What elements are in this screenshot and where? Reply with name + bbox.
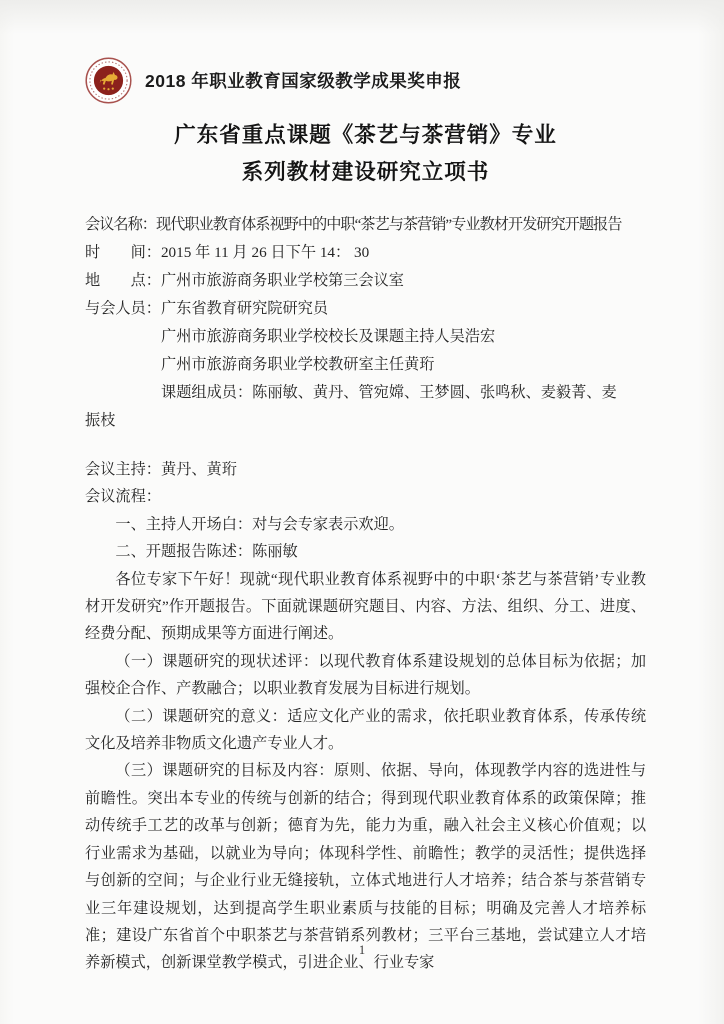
meeting-name-line: 会议名称：现代职业教育体系视野中的中职“茶艺与茶营销”专业教材开发研究开题报告 <box>85 211 646 239</box>
meeting-host-line: 会议主持：黄丹、黄珩 <box>85 456 646 483</box>
project-members-line: 课题组成员：陈丽敏、黄丹、管宛嫦、王梦圆、张鸣秋、麦毅菁、麦 <box>85 379 646 407</box>
document-page: 2018 年职业教育国家级教学成果奖申报 广东省重点课题《茶艺与茶营销》专业 系… <box>0 0 724 1024</box>
document-title-line2: 系列教材建设研究立项书 <box>85 154 646 191</box>
agenda-item-2: 二、开题报告陈述：陈丽敏 <box>85 538 646 565</box>
document-title-line1: 广东省重点课题《茶艺与茶营销》专业 <box>85 117 646 154</box>
attendee-director-line: 广州市旅游商务职业学校教研室主任黄珩 <box>85 351 646 379</box>
document-body: 会议主持：黄丹、黄珩 会议流程： 一、主持人开场白：对与会专家表示欢迎。 二、开… <box>85 456 646 977</box>
meeting-time-line: 时 间：2015 年 11 月 26 日下午 14： 30 <box>85 239 646 267</box>
project-members-wrap-line: 振枝 <box>85 407 646 435</box>
agenda-item-1: 一、主持人开场白：对与会专家表示欢迎。 <box>85 511 646 538</box>
document-title: 广东省重点课题《茶艺与茶营销》专业 系列教材建设研究立项书 <box>85 117 646 191</box>
meeting-meta: 会议名称：现代职业教育体系视野中的中职“茶艺与茶营销”专业教材开发研究开题报告 … <box>85 211 646 435</box>
attendees-line: 与会人员：广东省教育研究院研究员 <box>85 295 646 323</box>
school-seal-icon <box>85 57 132 104</box>
section-2-paragraph: （二）课题研究的意义：适应文化产业的需求，依托职业教育体系，传承传统文化及培养非… <box>85 703 646 758</box>
meeting-agenda-label: 会议流程： <box>85 483 646 510</box>
application-header-title: 2018 年职业教育国家级教学成果奖申报 <box>145 68 461 93</box>
meeting-place-line: 地 点：广州市旅游商务职业学校第三会议室 <box>85 267 646 295</box>
document-header: 2018 年职业教育国家级教学成果奖申报 <box>85 57 646 104</box>
attendee-principal-line: 广州市旅游商务职业学校校长及课题主持人吴浩宏 <box>85 323 646 351</box>
page-number: 1 <box>0 943 724 958</box>
report-intro-paragraph: 各位专家下午好！现就“现代职业教育体系视野中的中职‘茶艺与茶营销’专业教材开发研… <box>85 566 646 648</box>
section-1-paragraph: （一）课题研究的现状述评：以现代教育体系建设规划的总体目标为依据；加强校企合作、… <box>85 648 646 703</box>
